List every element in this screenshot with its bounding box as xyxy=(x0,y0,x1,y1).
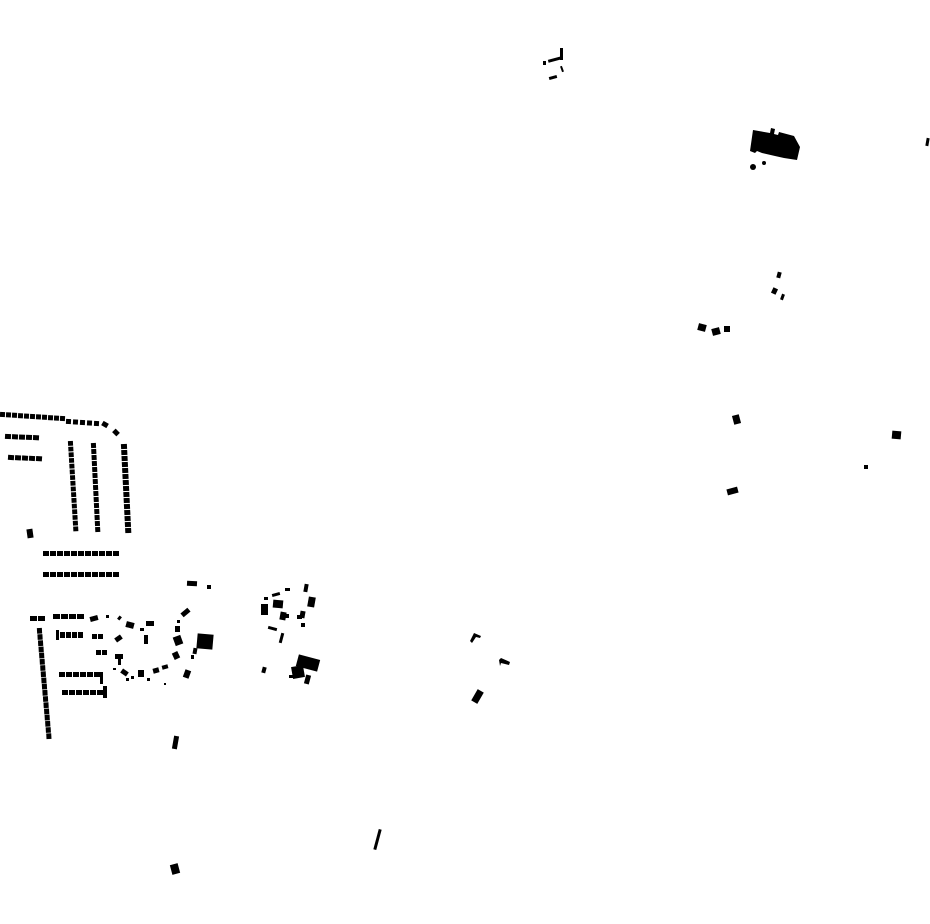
building-footprint xyxy=(122,462,128,467)
building-footprint xyxy=(147,678,150,681)
building-footprint xyxy=(29,456,35,461)
building-footprint xyxy=(99,572,105,577)
building-footprint xyxy=(118,658,121,665)
building-footprint xyxy=(121,450,127,455)
building-footprint xyxy=(66,632,71,638)
building-footprint xyxy=(175,626,180,632)
building-footprint xyxy=(121,456,127,461)
building-footprint xyxy=(180,608,190,618)
building-footprint xyxy=(70,475,75,480)
building-footprint xyxy=(42,415,47,420)
building-footprint xyxy=(113,551,119,556)
building-footprint xyxy=(272,592,281,597)
building-footprint xyxy=(30,414,35,419)
building-footprint xyxy=(92,461,97,466)
building-footprint xyxy=(36,456,42,461)
building-footprint xyxy=(43,551,49,556)
building-footprint xyxy=(46,733,51,739)
building-footprint xyxy=(285,614,289,618)
building-footprint xyxy=(91,455,96,460)
building-footprint xyxy=(273,600,284,609)
building-footprint xyxy=(114,634,123,642)
building-footprint xyxy=(123,480,129,485)
building-footprint xyxy=(94,421,99,426)
building-footprint xyxy=(95,521,100,526)
building-footprint xyxy=(187,581,197,587)
building-footprint xyxy=(93,491,98,496)
building-footprint xyxy=(191,655,194,659)
building-footprint xyxy=(126,678,129,681)
building-footprint xyxy=(33,435,39,440)
building-footprint xyxy=(43,696,48,702)
building-footprint xyxy=(73,672,79,677)
building-footprint xyxy=(43,572,49,577)
building-footprint xyxy=(68,447,73,452)
building-footprint xyxy=(261,604,268,615)
building-footprint xyxy=(61,614,68,619)
building-footprint xyxy=(138,670,144,677)
building-footprint xyxy=(41,671,46,677)
building-footprint xyxy=(40,665,45,671)
building-footprint xyxy=(40,659,45,665)
building-footprint xyxy=(38,616,45,621)
building-footprint xyxy=(162,664,169,669)
building-footprint xyxy=(726,487,738,496)
building-footprint xyxy=(39,653,44,659)
building-footprint xyxy=(124,504,130,509)
building-footprint xyxy=(72,509,77,514)
building-footprint xyxy=(140,628,144,631)
building-footprint xyxy=(78,572,84,577)
building-footprint xyxy=(99,551,105,556)
building-footprint xyxy=(38,640,43,646)
building-footprint xyxy=(72,515,77,520)
building-footprint xyxy=(54,415,59,420)
building-footprint xyxy=(62,690,68,695)
building-footprint xyxy=(22,455,28,460)
building-footprint xyxy=(164,683,166,685)
building-footprint xyxy=(71,486,76,491)
building-footprint xyxy=(697,323,707,332)
building-footprint xyxy=(207,585,211,589)
building-footprint xyxy=(96,650,101,655)
building-footprint xyxy=(112,429,120,437)
building-footprint xyxy=(85,572,91,577)
building-footprint xyxy=(24,413,29,418)
building-footprint xyxy=(261,667,266,674)
building-footprint xyxy=(172,736,179,750)
building-footprint xyxy=(106,572,112,577)
building-footprint xyxy=(123,486,129,491)
building-footprint xyxy=(303,584,308,593)
building-footprint xyxy=(44,708,49,714)
building-footprint xyxy=(304,675,311,685)
building-footprint xyxy=(69,690,75,695)
building-footprint xyxy=(373,829,381,850)
building-footprint xyxy=(43,702,48,708)
building-footprint xyxy=(106,615,109,618)
building-footprint xyxy=(113,572,119,577)
building-footprint xyxy=(183,669,191,679)
building-footprint xyxy=(711,327,721,336)
building-footprint xyxy=(172,651,180,660)
building-footprint xyxy=(8,455,14,460)
building-footprint xyxy=(89,615,98,622)
building-footprint xyxy=(106,551,112,556)
building-footprint xyxy=(42,684,47,690)
building-footprint xyxy=(42,690,47,696)
building-footprint xyxy=(72,632,77,638)
building-footprint xyxy=(60,416,65,421)
building-footprint xyxy=(73,419,78,424)
building-footprint xyxy=(69,458,74,463)
building-footprint xyxy=(50,572,56,577)
building-footprint xyxy=(36,414,41,419)
building-footprint xyxy=(125,522,131,527)
building-footprint xyxy=(50,551,56,556)
building-footprint xyxy=(56,630,59,640)
building-footprint xyxy=(69,614,76,619)
building-footprint xyxy=(5,434,11,439)
building-footprint xyxy=(59,672,65,677)
building-footprint xyxy=(71,498,76,503)
building-footprint xyxy=(268,626,277,631)
building-footprint xyxy=(285,588,290,591)
building-footprint xyxy=(41,677,46,683)
building-footprint xyxy=(125,621,134,629)
building-footprint xyxy=(124,510,130,515)
building-footprint xyxy=(776,272,781,279)
building-footprint xyxy=(70,481,75,486)
building-footprint xyxy=(94,515,99,520)
building-footprint xyxy=(15,455,21,460)
building-footprint xyxy=(91,449,96,454)
building-footprint xyxy=(152,667,159,673)
building-footprint xyxy=(26,435,32,440)
building-footprint xyxy=(100,672,103,684)
building-footprint xyxy=(750,164,756,170)
building-footprint xyxy=(289,675,297,678)
building-footprint xyxy=(124,498,130,503)
building-footprint xyxy=(193,648,198,655)
building-footprint xyxy=(71,492,76,497)
building-footprint xyxy=(76,690,82,695)
building-footprint xyxy=(30,616,37,621)
building-footprint xyxy=(69,464,74,469)
building-footprint xyxy=(66,419,71,424)
building-footprint xyxy=(94,672,100,677)
building-footprint xyxy=(72,504,77,509)
building-footprint xyxy=(92,467,97,472)
building-footprint xyxy=(279,633,284,643)
building-footprint xyxy=(78,632,83,638)
building-footprint xyxy=(57,551,63,556)
building-footprint xyxy=(123,492,129,497)
building-footprint xyxy=(97,690,103,695)
building-footprint xyxy=(98,634,103,639)
building-footprint xyxy=(94,503,99,508)
building-footprint xyxy=(77,614,84,619)
building-footprint xyxy=(864,465,868,469)
building-footprint xyxy=(80,672,86,677)
building-footprint xyxy=(124,516,130,521)
building-footprint xyxy=(94,497,99,502)
building-footprint xyxy=(48,415,53,420)
building-footprint xyxy=(95,527,100,532)
building-footprint xyxy=(120,668,129,676)
building-footprint xyxy=(57,572,63,577)
building-footprint xyxy=(92,551,98,556)
building-footprint xyxy=(177,620,180,623)
building-footprint xyxy=(93,485,98,490)
building-footprint xyxy=(26,529,33,539)
building-footprint xyxy=(80,420,85,425)
building-footprint xyxy=(94,509,99,514)
building-footprint xyxy=(83,690,89,695)
building-footprint xyxy=(117,616,122,621)
building-footprint xyxy=(113,668,116,670)
building-footprint xyxy=(771,287,778,295)
building-footprint xyxy=(66,672,72,677)
building-footprint xyxy=(71,572,77,577)
building-footprint xyxy=(732,414,741,425)
building-footprint xyxy=(101,421,109,428)
building-footprint xyxy=(144,635,148,644)
building-footprint xyxy=(12,413,17,418)
building-footprint xyxy=(724,326,730,332)
building-footprint xyxy=(37,634,42,640)
building-footprint xyxy=(19,434,25,439)
building-footprint xyxy=(125,528,131,533)
building-footprint xyxy=(70,469,75,474)
building-footprint xyxy=(102,650,107,655)
building-footprint xyxy=(170,863,180,875)
building-footprint xyxy=(146,621,154,626)
building-footprint xyxy=(560,48,563,60)
building-footprint xyxy=(131,676,134,679)
building-footprint xyxy=(46,727,51,733)
building-footprint xyxy=(925,138,929,146)
building-footprint xyxy=(71,551,77,556)
building-footprint xyxy=(78,551,84,556)
building-footprint xyxy=(122,474,128,479)
building-footprint xyxy=(91,443,96,448)
building-footprint xyxy=(87,420,92,425)
building-footprint xyxy=(0,412,5,417)
building-footprint xyxy=(92,473,97,478)
building-footprint xyxy=(173,635,184,646)
building-footprint xyxy=(297,615,302,619)
building-footprint xyxy=(93,479,98,484)
building-footprint xyxy=(6,412,11,417)
building-footprint xyxy=(762,161,766,165)
building-footprint xyxy=(92,572,98,577)
building-footprint xyxy=(196,633,213,649)
building-footprint xyxy=(73,526,78,531)
building-footprint xyxy=(39,646,44,652)
building-footprint xyxy=(471,689,484,704)
building-footprint xyxy=(64,551,70,556)
building-footprint xyxy=(64,572,70,577)
building-footprint xyxy=(85,551,91,556)
building-footprint xyxy=(892,431,902,440)
map-canvas xyxy=(0,0,930,924)
building-footprint xyxy=(45,715,50,721)
building-footprint xyxy=(60,632,65,638)
building-footprint xyxy=(92,634,97,639)
building-footprint xyxy=(68,441,73,446)
building-footprint xyxy=(549,75,558,80)
building-footprint xyxy=(69,452,74,457)
building-footprint xyxy=(103,686,107,698)
building-footprint xyxy=(301,623,305,627)
building-footprint xyxy=(53,614,60,619)
building-footprint-map xyxy=(0,0,930,924)
building-footprint xyxy=(750,128,800,160)
building-footprint xyxy=(45,721,50,727)
building-footprint xyxy=(90,690,96,695)
building-footprint xyxy=(543,61,546,65)
building-footprint xyxy=(560,66,564,72)
building-footprint xyxy=(87,672,93,677)
building-footprint xyxy=(12,434,18,439)
building-footprint xyxy=(499,658,510,666)
building-footprint xyxy=(121,444,127,449)
building-footprint xyxy=(470,633,481,643)
building-footprint xyxy=(780,294,785,301)
building-footprint xyxy=(73,521,78,526)
buildings-layer xyxy=(0,48,930,875)
building-footprint xyxy=(122,468,128,473)
building-footprint xyxy=(18,413,23,418)
building-footprint xyxy=(37,628,42,634)
building-footprint xyxy=(307,596,316,607)
building-footprint xyxy=(264,597,268,600)
